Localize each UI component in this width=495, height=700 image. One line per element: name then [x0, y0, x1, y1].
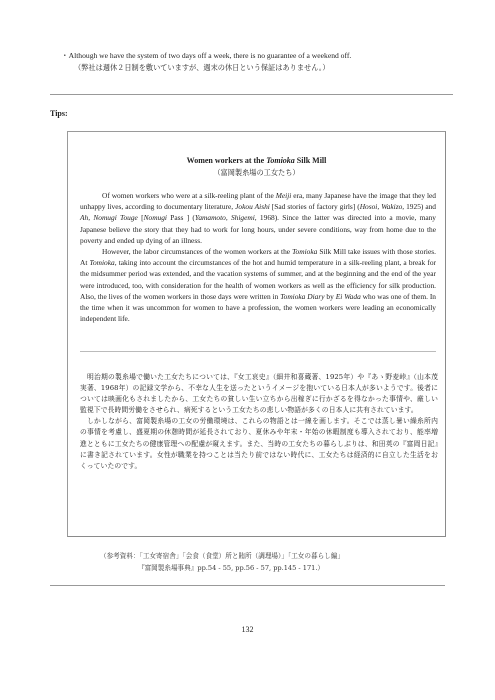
- english-paragraph: Of women workers who were at a silk-reel…: [80, 190, 436, 246]
- bullet-item: ・Although we have the system of two days…: [61, 50, 461, 73]
- tips-box: Women workers at the Tomioka Silk Mill （…: [67, 131, 446, 537]
- bullet-english: ・Although we have the system of two days…: [61, 50, 461, 62]
- reference-line-2: 『富岡製糸場事典』pp.54 - 55, pp.56 - 57, pp.145 …: [100, 562, 440, 574]
- reference-line-1: （参考資料：「工女寄宿舎」「会食（食堂）所と賄所（調理場）」「工女の暮らし編」: [100, 550, 440, 562]
- japanese-body: 明治期の製糸場で働いた工女たちについては、『女工哀史』（細井和喜蔵著、1925年…: [80, 372, 438, 472]
- divider-top: [50, 94, 453, 95]
- box-title: Women workers at the Tomioka Silk Mill: [68, 156, 445, 165]
- tips-label: Tips:: [50, 109, 68, 118]
- title-italic: Tomioka: [266, 156, 295, 165]
- bullet-marker: ・: [61, 51, 69, 60]
- english-paragraph: However, the labor circumstances of the …: [80, 246, 436, 324]
- japanese-paragraph: 明治期の製糸場で働いた工女たちについては、『女工哀史』（細井和喜蔵著、1925年…: [80, 372, 438, 416]
- inner-divider: [80, 351, 436, 352]
- bullet-japanese: （弊社は週休２日制を敷いていますが、週末の休日という保証はありません。）: [61, 62, 461, 73]
- english-body: Of women workers who were at a silk-reel…: [80, 190, 436, 324]
- page-number: 132: [0, 625, 495, 634]
- reference-note: （参考資料：「工女寄宿舎」「会食（食堂）所と賄所（調理場）」「工女の暮らし編」 …: [100, 550, 440, 574]
- box-subtitle: （富岡製糸場の工女たち）: [68, 168, 445, 178]
- divider-bottom: [50, 585, 445, 586]
- japanese-paragraph: しかしながら、富岡製糸場の工女の労働環境は、これらの物語とは一線を画します。そこ…: [80, 416, 438, 471]
